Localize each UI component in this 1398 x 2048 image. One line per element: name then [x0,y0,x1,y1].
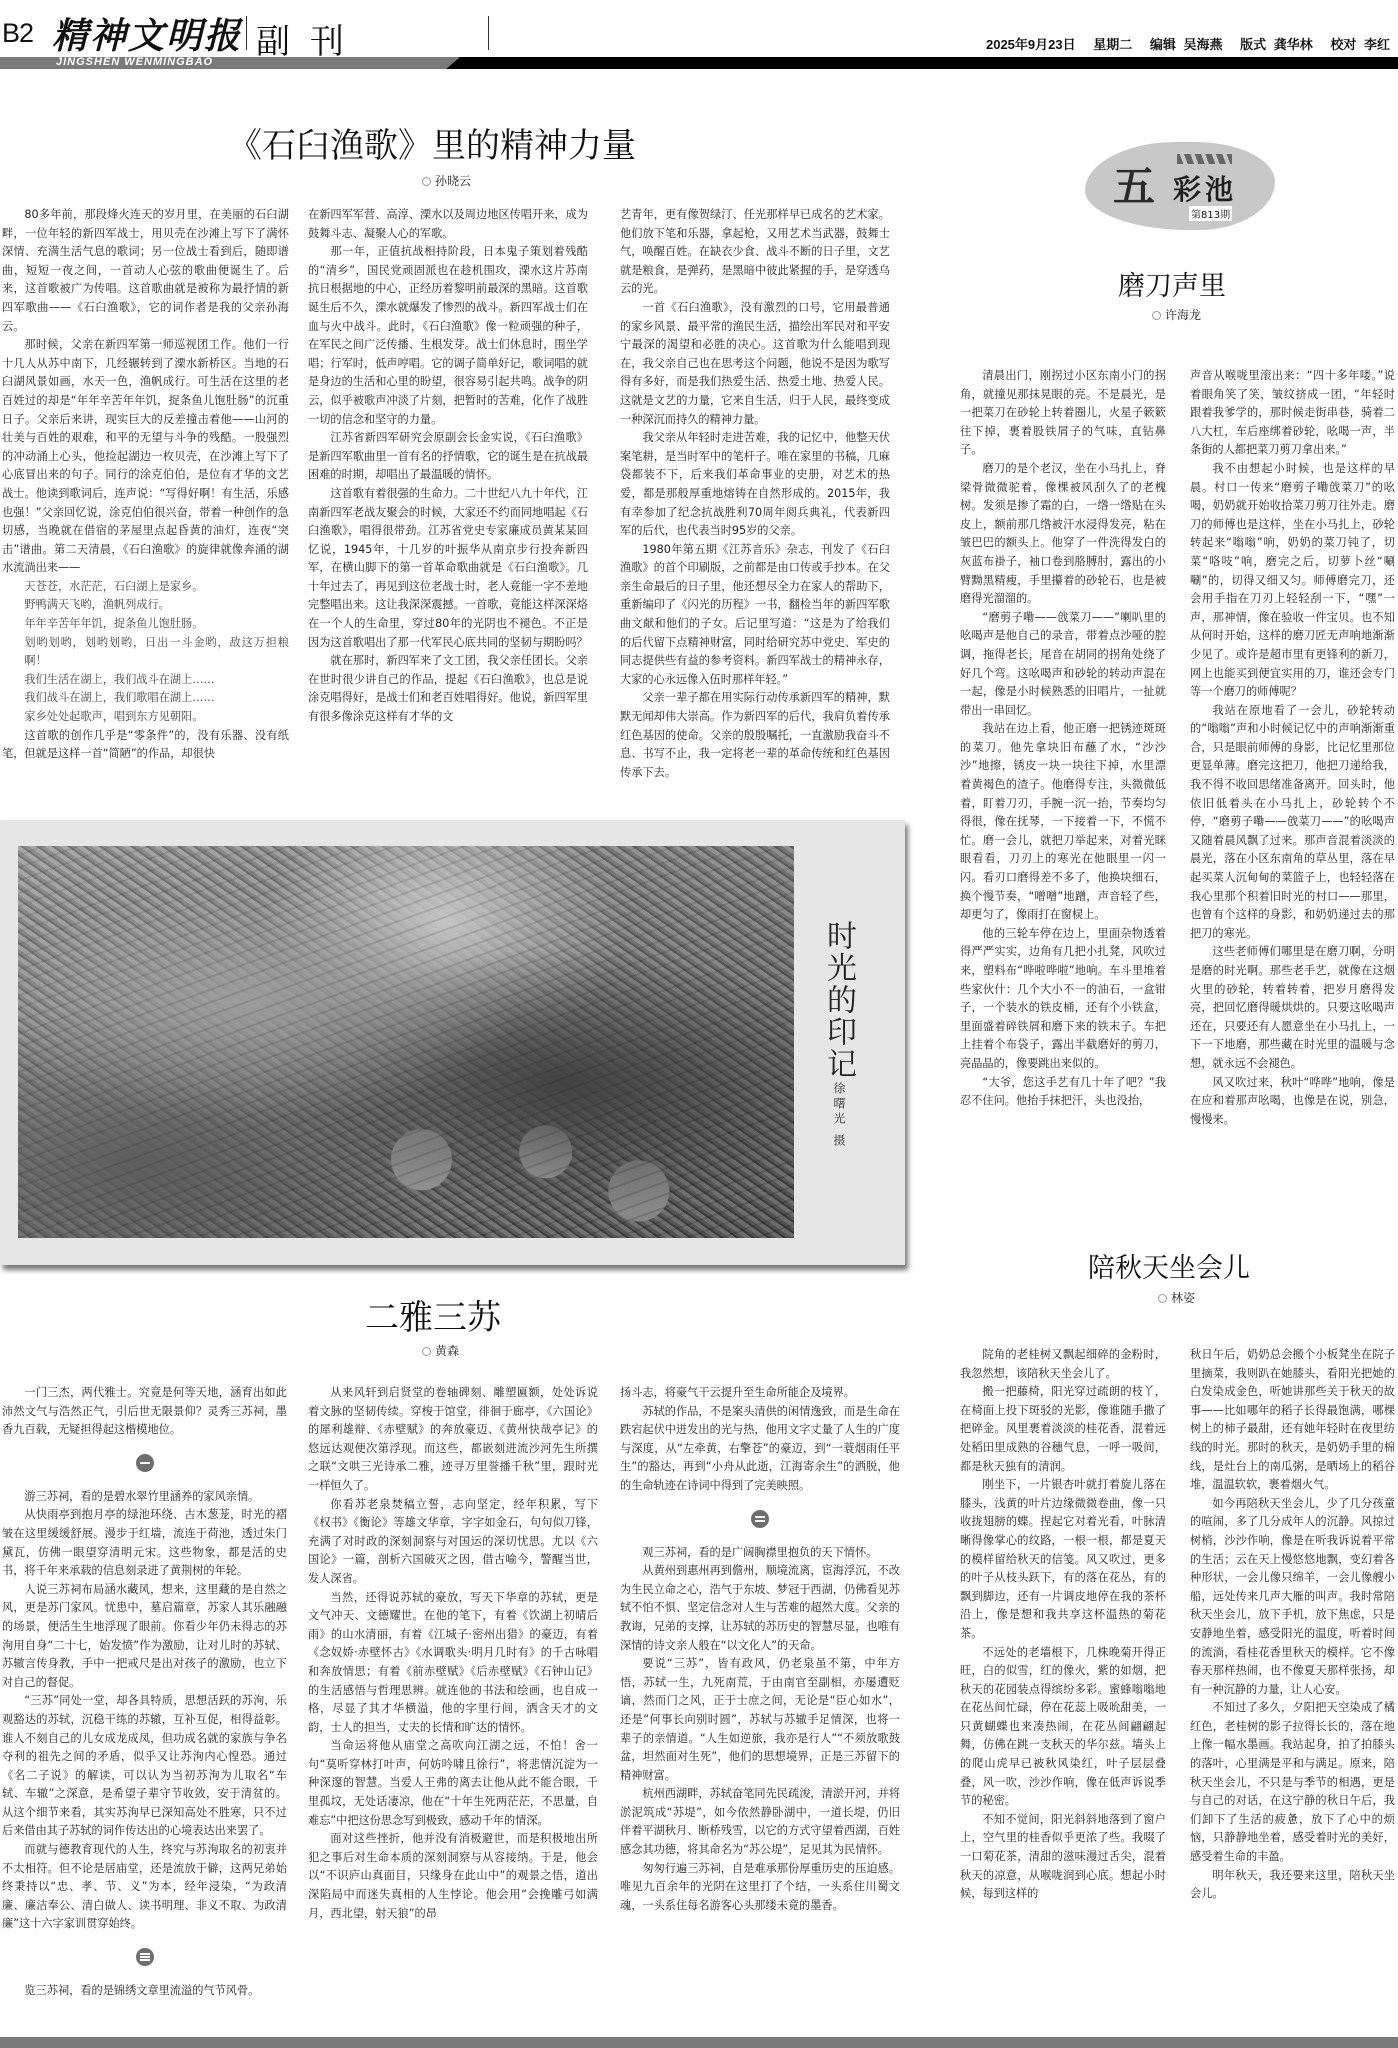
paragraph: 我站在边上看，他正磨一把锈迹斑斑的菜刀。他先拿块旧布蘸了水，“沙沙沙”地擦，锈皮… [960,720,1166,925]
paragraph: 一首《石臼渔歌》，没有激烈的口号，它用最普通的家乡风景、最平常的渔民生活，描绘出… [620,299,890,429]
paragraph: 我站在原地看了一会儿，砂轮转动的“嗡嗡”声和小时候记忆中的声响渐渐重合，只是眼前… [1190,702,1395,944]
paragraph: 这首歌有着很强的生命力。二十世纪八九十年代，江南新四军老战友聚会的时候，大家还不… [308,485,588,652]
paragraph: 人说三苏祠布局涵水藏风，想来，这里藏的是自然之风，更是苏门家风。忧患中，墓启篇章… [2,1581,287,1693]
article-column: 在新四军军营、高淳、溧水以及周边地区传唱开来，成为鼓舞斗志、凝聚人心的军歌。 那… [308,206,588,810]
paragraph: 明年秋天，我还要来这里，陪秋天坐会儿。 [1190,1867,1395,1904]
logo-char: 五 [1113,154,1155,214]
proofreader-credit: 校对 李红 [1330,37,1390,52]
issue-weekday: 星期二 [1093,37,1132,52]
paragraph: 从快雨亭到抱月亭的绿池环绕、古木葱茏，时光的褶皱在这里缓缓舒展。漫步于红墙，流连… [2,1506,287,1580]
article-column: 扬斗志，将豪气干云提升至生命所能企及境界。 苏轼的作品，不是案头清供的闲情逸致，… [620,1384,900,2024]
paragraph: 江苏省新四军研究会原副会长金实说，《石臼渔歌》是新四军歌曲里一首有名的抒情歌，它… [308,429,588,485]
author-name: 黄森 [435,1344,459,1358]
issue-date: 2025年9月23日 [986,37,1076,52]
section-marker-three-icon [136,1948,154,1966]
paragraph: 就在那时，新四军来了文工团，我父亲任团长。父亲在世时很少讲自己的作品，提起《石臼… [308,652,588,726]
header-divider [488,16,489,50]
header-divider [246,16,247,50]
lyric-line: 我们生活在湖上，我们战斗在湖上…… [2,671,289,690]
paragraph: 80多年前，那段烽火连天的岁月里，在美丽的石臼湖畔，一位年轻的新四军战士，用贝壳… [2,206,289,336]
paragraph: 不知过了多久，夕阳把天空染成了橘红色，老桂树的影子拉得长长的，落在地上像一幅水墨… [1190,1699,1395,1866]
masthead: B2 精神文明报 副刊 2025年9月23日 星期二 编辑 吴海燕 版式 龚华林… [0,0,1398,68]
paragraph: 清晨出门，刚拐过小区东南小门的拐角，就撞见那抹晃眼的亮。不是晨光，是一把菜刀在砂… [960,367,1166,460]
lyric-line: 我们战斗在湖上，我们歌唱在湖上…… [2,689,289,708]
paragraph: 搬一把藤椅，阳光穿过疏朗的枝丫，在椅面上投下斑驳的光影，像谁随手撒了把碎金。风里… [960,1383,1166,1476]
lyric-line: 划哟划哟，划哟划哟，日出一斗金哟，敌这万担粮啊！ [2,634,289,671]
section-marker-one-icon [136,1454,154,1472]
article-title: 陪秋天坐会儿 [1088,1246,1250,1285]
article-column: 声音从喉咙里滚出来：“四十多年喽。”说着眼角笑了笑，皱纹挤成一团，“年轻时跟着我… [1190,367,1395,1207]
paragraph: 刚坐下，一片银杏叶就打着旋儿落在膝头，浅黄的叶片边缘微微卷曲，像一只收拢翅膀的蝶… [960,1476,1166,1643]
article-column: 80多年前，那段烽火连天的岁月里，在美丽的石臼湖畔，一位年轻的新四军战士，用贝壳… [2,206,289,810]
paragraph: 从黄州到惠州再到儋州，顺境流离，宦海浮沉，不改为生民立命之心，浩气于东坡、梦冠于… [620,1562,900,1655]
paragraph: 秋日午后，奶奶总会搬个小板凳坐在院子里摘菜，我则趴在她膝头，看阳光把她的白发染成… [1190,1346,1395,1495]
byline-ring-icon [1152,311,1161,320]
photo-credit: 徐曙光 摄 [828,1082,848,1149]
article-title: 磨刀声里 [1118,264,1226,303]
paragraph: 杭州西湖畔，苏轼奋笔同先民疏浚，清淤开河，并将淤泥筑成“苏堤”，如今依然静卧湖中… [620,1785,900,1859]
lyric-line: 家乡处处起歌声，唱到东方见朝阳。 [2,708,289,727]
paragraph: 院角的老桂树又飘起细碎的金粉时，我忽然想，该陪秋天坐会儿了。 [960,1346,1166,1383]
issue-number: 第813期 [1189,206,1232,221]
article-column: 秋日午后，奶奶总会搬个小板凳坐在院子里摘菜，我则趴在她膝头，看阳光把她的白发染成… [1190,1346,1395,2026]
paragraph: 声音从喉咙里滚出来：“四十多年喽。”说着眼角笑了笑，皱纹挤成一团，“年轻时跟着我… [1190,367,1395,460]
editor-credit: 编辑 吴海燕 [1150,37,1223,52]
byline-ring-icon [422,1347,431,1356]
paragraph: 这首歌的创作几乎是“零条件”的，没有乐器、没有纸笔，但就是这样一首“简陋”的作品… [2,727,289,764]
paragraph: 艺青年，更有像贺绿汀、任光那样早已成名的艺术家。他们放下笔和乐器，拿起枪，又用艺… [620,206,890,299]
paragraph: 当然，还得说苏轼的豪放，写天下华章的苏轼，更是文气冲天、文德耀世。在他的笔下，有… [308,1589,598,1738]
article-column: 一门三杰，两代雅士。究竟是何等天地，涵育出如此沛然文气与浩然正气，引后世无限景仰… [2,1384,287,2024]
photo-title: 时光的印记 [816,920,856,1080]
paragraph: 这些老师傅们哪里是在磨刀啊，分明是磨的时光啊。那些老手艺，就像在这烟火里的砂轮，… [1190,943,1395,1073]
logo-name: 彩池 [1173,168,1237,208]
paragraph: 在新四军军营、高淳、溧水以及周边地区传唱开来，成为鼓舞斗志、凝聚人心的军歌。 [308,206,588,243]
author-name: 孙晓云 [435,174,471,188]
article-column: 艺青年，更有像贺绿汀、任光那样早已成名的艺术家。他们放下笔和乐器，拿起枪，又用艺… [620,206,890,810]
paragraph: 要说“三苏”，皆有政风，仍老泉虽不第，中年方悟，苏轼一生，九死南荒，于由南官至副… [620,1655,900,1785]
paragraph: 扬斗志，将豪气干云提升至生命所能企及境界。 [620,1384,900,1403]
byline-ring-icon [1158,1294,1167,1303]
paragraph: 那一年，正值抗战相持阶段，日本鬼子策划着残酷的“清乡”，国民党顽固派也在趁机围攻… [308,243,588,429]
paragraph: 不知不觉间，阳光斜斜地落到了窗户上，空气里的桂香似乎更浓了些。我啜了一口菊花茶，… [960,1811,1166,1904]
paragraph: 1980年第五期《江苏音乐》杂志，刊发了《石臼渔歌》的首个印刷版，之前都是由口传… [620,541,890,690]
paragraph: “三苏”同处一堂，却各具特质，思想活跃的苏洵，乐观豁达的苏轼，沉稳干练的苏辙，互… [2,1692,287,1841]
lyric-line: 野鸭满天飞哟，渔帆列成行。 [2,596,289,615]
subheading: 游三苏祠，看的是碧水翠竹里涵养的家风亲情。 [2,1488,287,1507]
paragraph: 如今再陪秋天坐会儿，少了几分孩童的喧闹，多了几分成年人的沉静。风掠过树梢，沙沙作… [1190,1495,1395,1700]
article-column: 从来风轩到启贤堂的卷轴碑刻、雕塑匾额，处处诉说着文脉的坚韧传续。穿梭于馆堂，徘徊… [308,1384,598,2024]
issue-info: 2025年9月23日 星期二 编辑 吴海燕 版式 龚华林 校对 李红 [976,34,1390,53]
article-column: 院角的老桂树又飘起细碎的金粉时，我忽然想，该陪秋天坐会儿了。 搬一把藤椅，阳光穿… [960,1346,1166,2026]
subheading: 览三苏祠，看的是锦绣文章里流溢的气节风骨。 [2,1982,287,2001]
paragraph: 他的三轮车停在边上，里面杂物透着得严严实实，边角有几把小扎凳，风吹过来，塑料布“… [960,925,1166,1074]
author-name: 许海龙 [1165,308,1201,322]
column-logo: 五 彩池 第813期 [1085,142,1275,230]
byline-ring-icon [422,177,431,186]
paragraph: 而就与德教育现代的人生，终究与苏洵取名的初衷并不太相符。但不论是居庙堂，还是流放… [2,1841,287,1934]
lyric-line: 天苍苍，水茫茫，石臼湖上是家乡。 [2,578,289,597]
paragraph: 从来风轩到启贤堂的卷轴碑刻、雕塑匾额，处处诉说着文脉的坚韧传续。穿梭于馆堂，徘徊… [308,1384,598,1496]
paragraph: 匆匆行遍三苏祠，自是难承那份厚重历史的压迫感。唯见九百余年的光阴在这里打了个结，… [620,1860,900,1916]
article-column: 清晨出门，刚拐过小区东南小门的拐角，就撞见那抹晃眼的亮。不是晨光，是一把菜刀在砂… [960,367,1166,1207]
paragraph: 你看苏老泉焚稿立誓，志向坚定，经年积累，写下《权书》《衡论》等雄文华章，字字如金… [308,1496,598,1589]
article-byline: 孙晓云 [422,172,471,189]
lyric-line: 年年辛苦年年饥，捉条鱼儿饱肚肠。 [2,615,289,634]
paragraph: 风又吹过来，秋叶“哗哗”地响，像是在应和着那声吆喝，也像是在说，别急，慢慢来。 [1190,1074,1395,1130]
paragraph: 当命运将他从庙堂之高吹向江湖之远，不怕！舍一句“莫听穿林打叶声，何妨吟啸且徐行”… [308,1737,598,1830]
article-title: 二雅三苏 [365,1290,501,1339]
article-byline: 林姿 [1158,1289,1195,1306]
paragraph: “磨剪子嘞——戗菜刀——”喇叭里的吆喝声是他自己的录音，带着点沙哑的腔调，拖得老… [960,609,1166,721]
section-marker-two-icon [751,1510,769,1528]
layout-credit: 版式 龚华林 [1240,37,1313,52]
paragraph: 一门三杰，两代雅士。究竟是何等天地，涵育出如此沛然文气与浩然正气，引后世无限景仰… [2,1384,287,1440]
logo-stripes-icon [1177,154,1232,164]
article-byline: 黄森 [422,1342,459,1359]
photo-village-rooftops [18,846,794,1238]
article-byline: 许海龙 [1152,306,1201,323]
subheading: 观三苏祠，看的是广阔胸襟里抱负的天下情怀。 [620,1544,900,1563]
paragraph: 那时候，父亲在新四军第一师巡视团工作。他们一行十几人从苏中南下，几经辗转到了溧水… [2,336,289,578]
article-title: 《石臼渔歌》里的精神力量 [228,118,636,167]
page-number: B2 [2,18,33,49]
paragraph: 父亲一辈子都在用实际行动传承新四军的精神，默默无闻却伟大崇高。作为新四军的后代，… [620,689,890,782]
newspaper-logo: 精神文明报 [52,8,242,59]
paragraph: 苏轼的作品，不是案头清供的闲情逸致，而是生命在跌宕起伏中迸发出的光与热，他用文字… [620,1403,900,1496]
paper-pinyin: JINGSHEN WENMINGBAO [56,56,213,68]
section-title: 副刊 [256,14,364,63]
author-name: 林姿 [1171,1291,1195,1305]
paragraph: 不远处的老墙根下，几株晚菊开得正旺，白的似雪，红的像火，紫的如烟，把秋天的花园装… [960,1644,1166,1811]
photo-feature: 时光的印记 徐曙光 摄 [0,820,905,1265]
paragraph: 面对这些挫折，他并没有消极避世，而是积极地出所犯之事后对生命本质的深刻洞察与从容… [308,1830,598,1923]
paragraph: 磨刀的是个老汉，坐在小马扎上，脊梁骨微微驼着，像棵被风刮久了的老槐树。发须是掺了… [960,460,1166,609]
paragraph: 我父亲从年轻时走进苦难，我的记忆中，他整天伏案笔耕，是当时军中的笔杆子。唯在家里… [620,429,890,541]
footer-band [0,2037,1398,2048]
paragraph: 我不由想起小时候，也是这样的早晨。村口一传来“磨剪子嘞戗菜刀”的吆喝，奶奶就开始… [1190,460,1395,702]
paragraph: “大爷，您这手艺有几十年了吧？”我忍不住问。他抬手抹把汗，头也没抬， [960,1074,1166,1111]
